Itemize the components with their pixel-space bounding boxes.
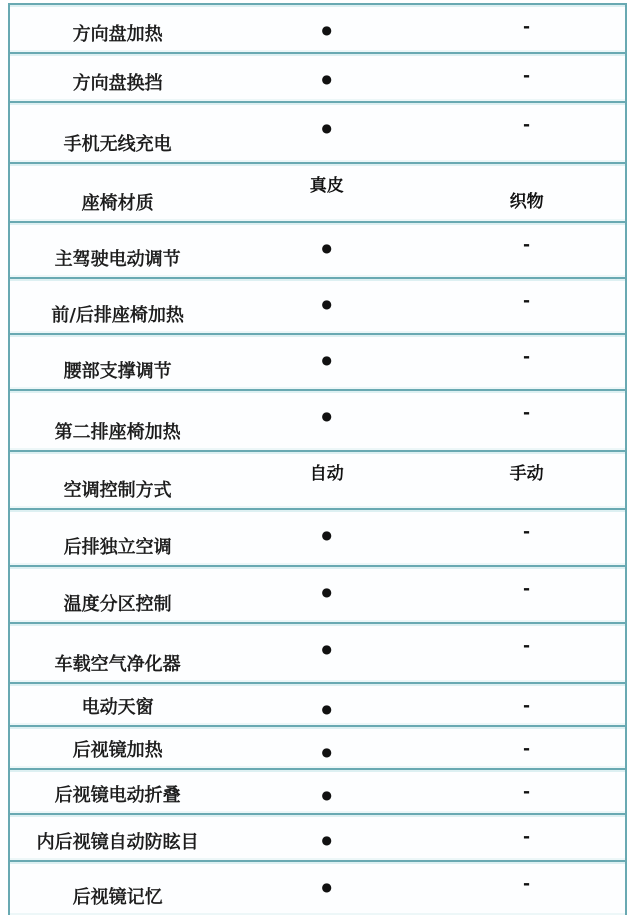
column1-value: ● <box>225 279 428 333</box>
feature-name: 腰部支撑调节 <box>10 335 225 389</box>
table-row: 方向盘加热 ● - <box>10 3 625 52</box>
feature-name: 后视镜加热 <box>10 727 225 768</box>
feature-name: 主驾驶电动调节 <box>10 223 225 277</box>
table-row: 后视镜记忆 ● - <box>10 860 625 903</box>
table-row: 车载空气净化器 ● - <box>10 622 625 682</box>
column2-value: 织物 <box>428 164 625 221</box>
table-row: 空调控制方式 自动 手动 <box>10 450 625 508</box>
column1-value: ● <box>225 510 428 565</box>
column1-value: ● <box>225 684 428 725</box>
column2-value: - <box>428 391 625 450</box>
table-row: 第二排座椅加热 ● - <box>10 389 625 450</box>
column1-value: ● <box>225 391 428 450</box>
column1-value: ● <box>225 5 428 52</box>
table-row: 后视镜加热 ● - <box>10 725 625 768</box>
table-row: 座椅材质 真皮 织物 <box>10 162 625 221</box>
column2-value: - <box>428 815 625 860</box>
column1-value: ● <box>225 727 428 768</box>
column1-value: ● <box>225 103 428 162</box>
column2-value: - <box>428 54 625 101</box>
table-row: 手机无线充电 ● - <box>10 101 625 162</box>
column1-value: ● <box>225 54 428 101</box>
column1-value: ● <box>225 624 428 682</box>
feature-name: 车载空气净化器 <box>10 624 225 682</box>
column2-value: - <box>428 770 625 813</box>
column1-value: ● <box>225 862 428 903</box>
column2-value: - <box>428 727 625 768</box>
column1-value: 自动 <box>225 452 428 508</box>
feature-name: 温度分区控制 <box>10 567 225 622</box>
feature-name: 后视镜电动折叠 <box>10 770 225 813</box>
column2-value: - <box>428 223 625 277</box>
table-row: 后视镜电动折叠 ● - <box>10 768 625 813</box>
feature-name: 空调控制方式 <box>10 452 225 508</box>
column2-value: - <box>428 103 625 162</box>
feature-name: 电动天窗 <box>10 684 225 725</box>
column2-value: - <box>428 5 625 52</box>
table-row: 前/后排座椅加热 ● - <box>10 277 625 333</box>
column1-value: ● <box>225 770 428 813</box>
column1-value: ● <box>225 335 428 389</box>
column1-value: ● <box>225 223 428 277</box>
feature-name: 内后视镜自动防眩目 <box>10 815 225 860</box>
feature-name: 后排独立空调 <box>10 510 225 565</box>
feature-name: 方向盘换挡 <box>10 54 225 101</box>
column2-value: - <box>428 335 625 389</box>
column1-value: ● <box>225 567 428 622</box>
table-row: 内后视镜自动防眩目 ● - <box>10 813 625 860</box>
table-row: 后排独立空调 ● - <box>10 508 625 565</box>
feature-name: 方向盘加热 <box>10 5 225 52</box>
table-row: 电动天窗 ● - <box>10 682 625 725</box>
column2-value: - <box>428 567 625 622</box>
column1-value: ● <box>225 815 428 860</box>
column2-value: - <box>428 279 625 333</box>
table-row: 温度分区控制 ● - <box>10 565 625 622</box>
column2-value: 手动 <box>428 452 625 508</box>
feature-name: 后视镜记忆 <box>10 862 225 903</box>
column2-value: - <box>428 510 625 565</box>
table-row: 主驾驶电动调节 ● - <box>10 221 625 277</box>
table-row: 方向盘换挡 ● - <box>10 52 625 101</box>
column2-value: - <box>428 624 625 682</box>
features-comparison-table: 方向盘加热 ● - 方向盘换挡 ● - 手机无线充电 ● - 座椅材质 真皮 织… <box>8 3 627 903</box>
column1-value: 真皮 <box>225 164 428 221</box>
feature-name: 前/后排座椅加热 <box>10 279 225 333</box>
table-row: 腰部支撑调节 ● - <box>10 333 625 389</box>
column2-value: - <box>428 862 625 903</box>
feature-name: 座椅材质 <box>10 164 225 221</box>
feature-name: 第二排座椅加热 <box>10 391 225 450</box>
feature-name: 手机无线充电 <box>10 103 225 162</box>
column2-value: - <box>428 684 625 725</box>
